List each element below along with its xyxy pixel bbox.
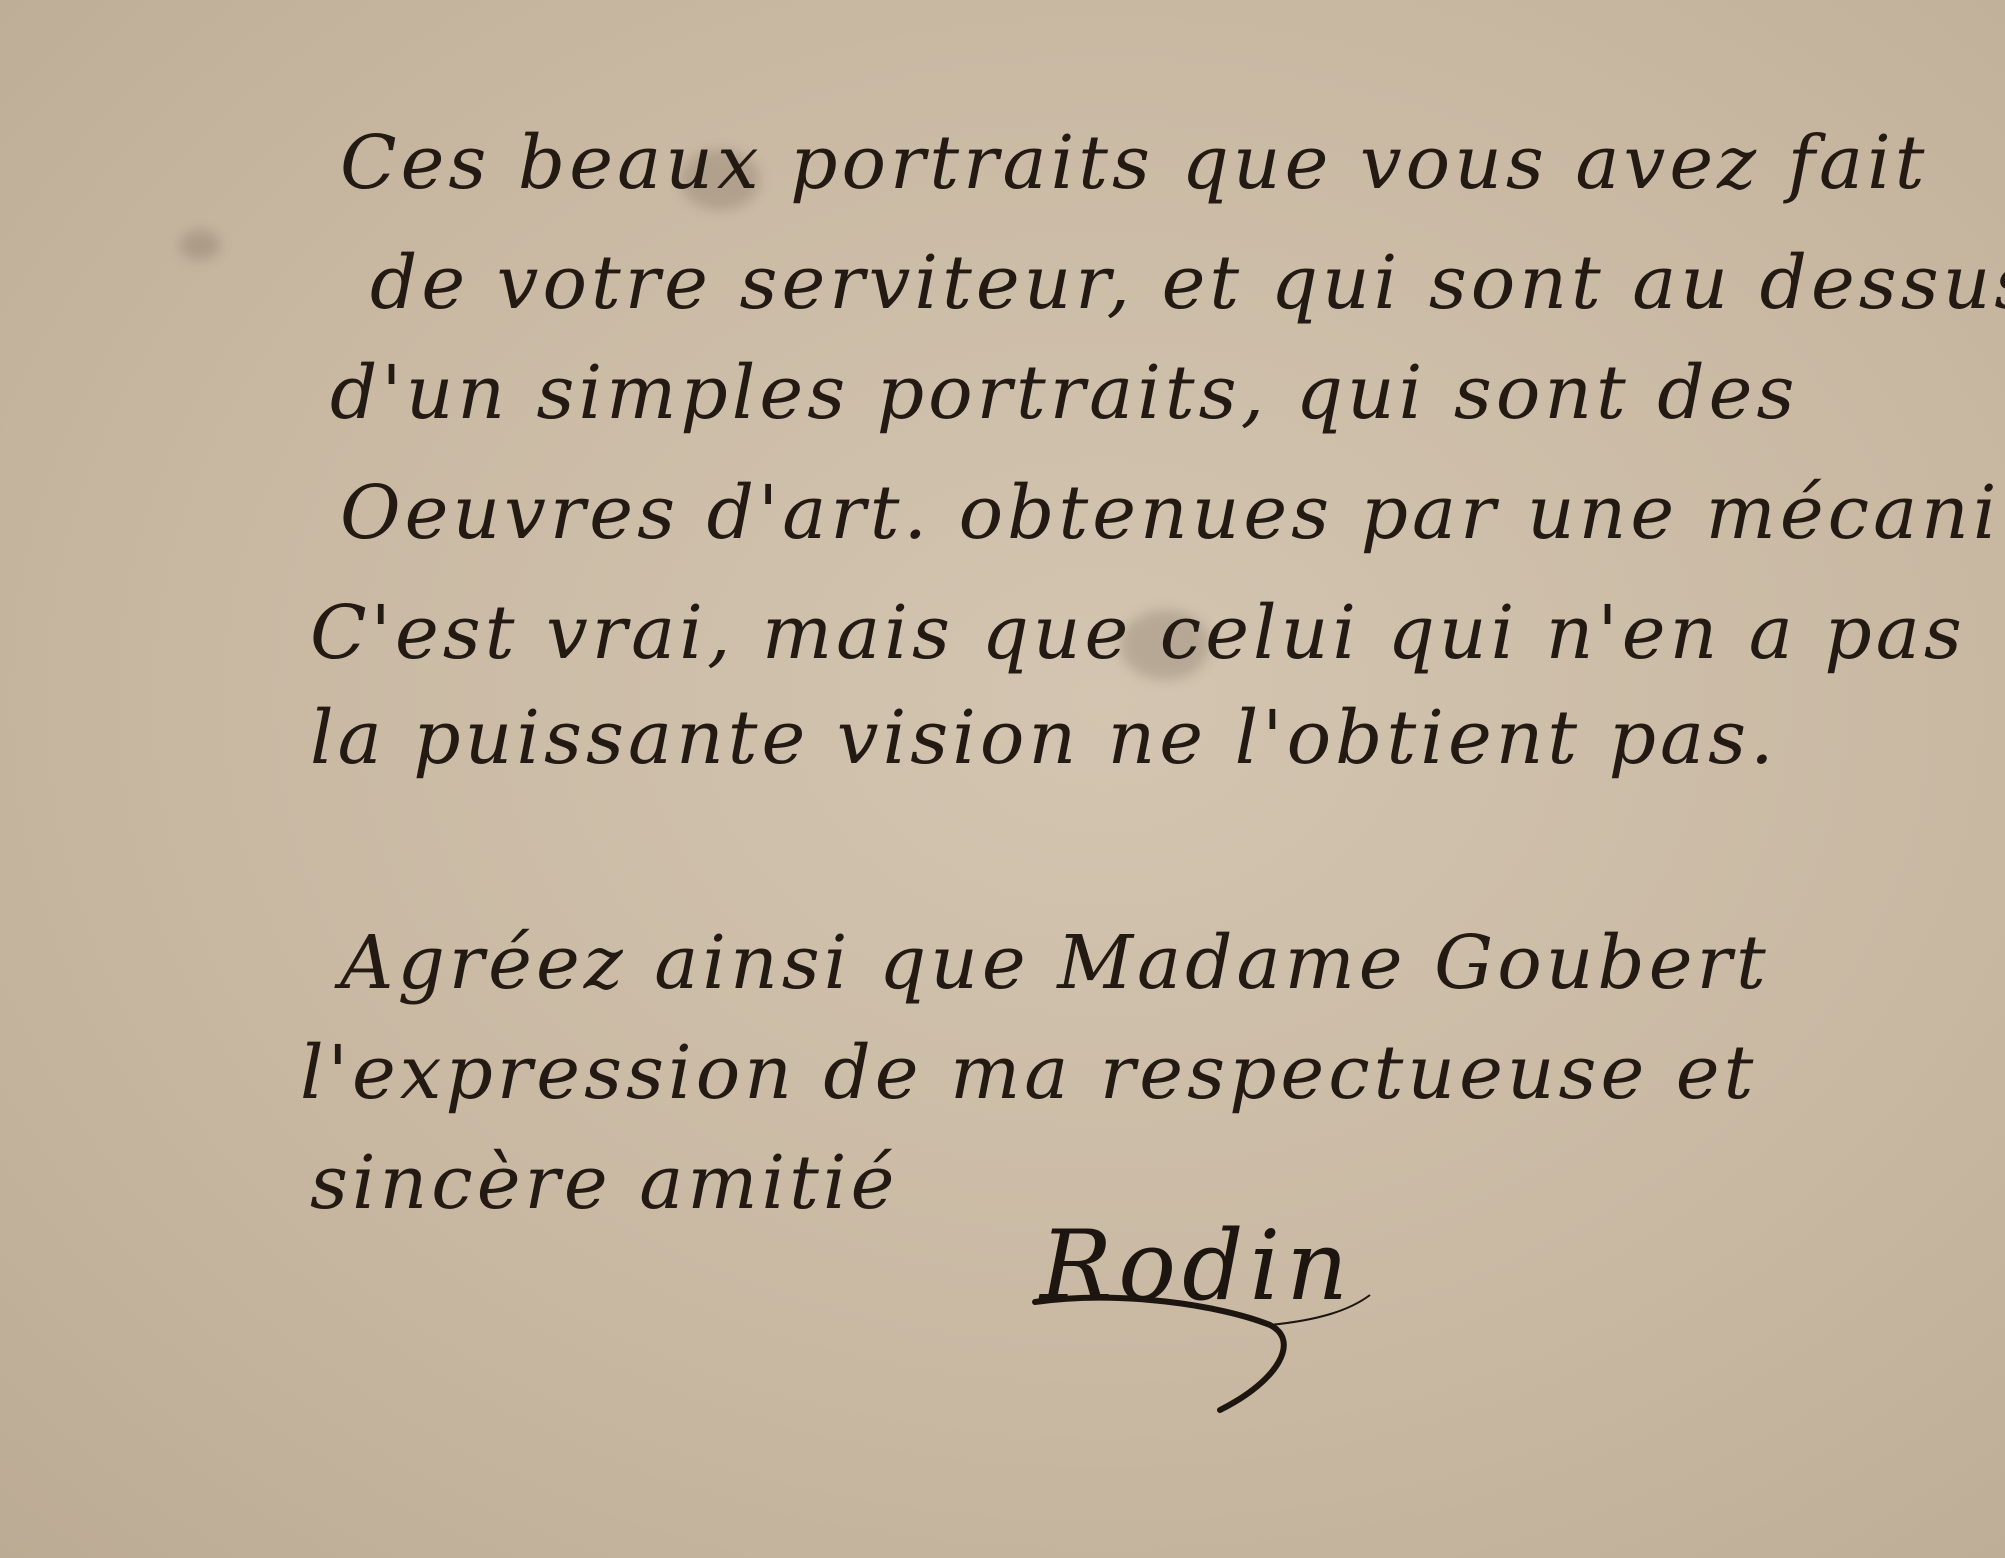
letter-line-8: l'expression de ma respectueuse et — [300, 1030, 1757, 1116]
letter-line-6: la puissante vision ne l'obtient pas. — [310, 695, 1778, 781]
letter-line-7: Agréez ainsi que Madame Goubert — [340, 920, 1770, 1006]
letter-page: Ces beaux portraits que vous avez fait d… — [0, 0, 2005, 1558]
ink-smudge — [180, 230, 220, 260]
letter-line-2: de votre serviteur, et qui sont au dessu… — [370, 240, 2005, 326]
letter-line-1: Ces beaux portraits que vous avez fait — [340, 120, 1929, 206]
letter-line-4: Oeuvres d'art. obtenues par une mécaniqu… — [340, 470, 2005, 556]
letter-line-5: C'est vrai, mais que celui qui n'en a pa… — [310, 590, 1966, 676]
letter-line-3: d'un simples portraits, qui sont des — [330, 350, 1798, 436]
signature-flourish — [1030, 1280, 1390, 1420]
letter-line-9: sincère amitié — [310, 1140, 898, 1226]
